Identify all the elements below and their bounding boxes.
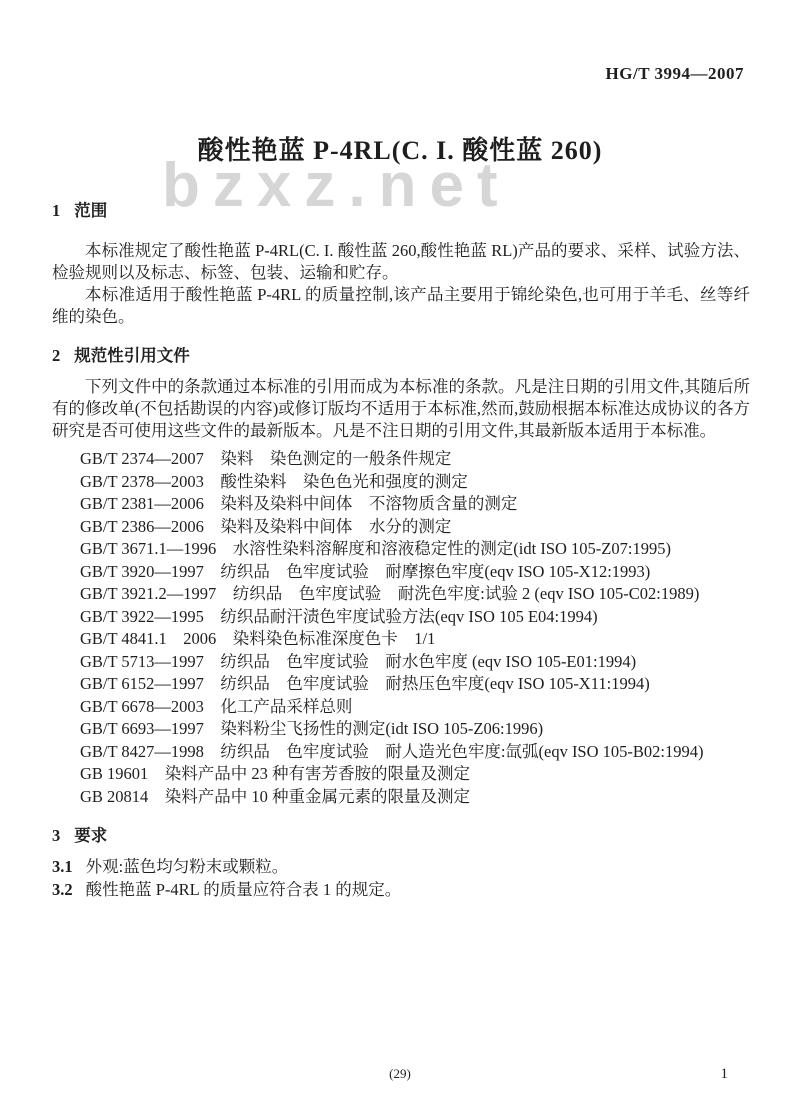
requirements-clauses: 3.1外观:蓝色均匀粉末或颗粒。 3.2酸性艳蓝 P-4RL 的质量应符合表 1… bbox=[52, 856, 750, 901]
reference-item: GB 19601 染料产品中 23 种有害芳香胺的限量及测定 bbox=[80, 763, 750, 786]
reference-item: GB/T 8427—1998 纺织品 色牢度试验 耐人造光色牢度:氙弧(eqv … bbox=[80, 741, 750, 764]
clause-3-1-number: 3.1 bbox=[52, 857, 73, 876]
section-2-number: 2 bbox=[52, 346, 60, 365]
reference-item: GB/T 3921.2—1997 纺织品 色牢度试验 耐洗色牢度:试验 2 (e… bbox=[80, 583, 750, 606]
section-2-heading: 2规范性引用文件 bbox=[52, 344, 750, 368]
clause-3-2-number: 3.2 bbox=[52, 880, 73, 899]
reference-item: GB/T 5713—1997 纺织品 色牢度试验 耐水色牢度 (eqv ISO … bbox=[80, 651, 750, 674]
document-body: 1范围 本标准规定了酸性艳蓝 P-4RL(C. I. 酸性蓝 260,酸性艳蓝 … bbox=[52, 199, 750, 901]
reference-item: GB/T 6678—2003 化工产品采样总则 bbox=[80, 696, 750, 719]
clause-3-1-text: 外观:蓝色均匀粉末或颗粒。 bbox=[86, 857, 289, 876]
references-intro: 下列文件中的条款通过本标准的引用而成为本标准的条款。凡是注日期的引用文件,其随后… bbox=[52, 376, 750, 442]
scope-paragraph-1: 本标准规定了酸性艳蓝 P-4RL(C. I. 酸性蓝 260,酸性艳蓝 RL)产… bbox=[52, 240, 750, 284]
clause-3-2-text: 酸性艳蓝 P-4RL 的质量应符合表 1 的规定。 bbox=[86, 880, 402, 899]
reference-item: GB 20814 染料产品中 10 种重金属元素的限量及测定 bbox=[80, 786, 750, 809]
clause-3-2: 3.2酸性艳蓝 P-4RL 的质量应符合表 1 的规定。 bbox=[52, 879, 750, 902]
section-1-title: 范围 bbox=[74, 201, 107, 220]
reference-item: GB/T 3671.1—1996 水溶性染料溶解度和溶液稳定性的测定(idt I… bbox=[80, 538, 750, 561]
reference-item: GB/T 6693—1997 染料粉尘飞扬性的测定(idt ISO 105-Z0… bbox=[80, 718, 750, 741]
section-1-number: 1 bbox=[52, 201, 60, 220]
section-3-number: 3 bbox=[52, 826, 60, 845]
section-3-heading: 3要求 bbox=[52, 824, 750, 848]
reference-item: GB/T 2378—2003 酸性染料 染色色光和强度的测定 bbox=[80, 471, 750, 494]
document-page: bzxz.net HG/T 3994—2007 酸性艳蓝 P-4RL(C. I.… bbox=[0, 0, 800, 1120]
page-number: 1 bbox=[721, 1066, 729, 1083]
document-title: 酸性艳蓝 P-4RL(C. I. 酸性蓝 260) bbox=[0, 130, 800, 167]
clause-3-1: 3.1外观:蓝色均匀粉末或颗粒。 bbox=[52, 856, 750, 879]
reference-item: GB/T 2374—2007 染料 染色测定的一般条件规定 bbox=[80, 448, 750, 471]
footer-note: (29) bbox=[0, 1066, 800, 1082]
reference-list: GB/T 2374—2007 染料 染色测定的一般条件规定 GB/T 2378—… bbox=[52, 448, 750, 808]
standard-number: HG/T 3994—2007 bbox=[606, 64, 744, 84]
reference-item: GB/T 6152—1997 纺织品 色牢度试验 耐热压色牢度(eqv ISO … bbox=[80, 673, 750, 696]
reference-item: GB/T 2381—2006 染料及染料中间体 不溶物质含量的测定 bbox=[80, 493, 750, 516]
reference-item: GB/T 3920—1997 纺织品 色牢度试验 耐摩擦色牢度(eqv ISO … bbox=[80, 561, 750, 584]
reference-item: GB/T 4841.1 2006 染料染色标准深度色卡 1/1 bbox=[80, 628, 750, 651]
section-2-title: 规范性引用文件 bbox=[74, 346, 190, 365]
section-1-heading: 1范围 bbox=[52, 199, 750, 223]
reference-item: GB/T 3922—1995 纺织品耐汗渍色牢度试验方法(eqv ISO 105… bbox=[80, 606, 750, 629]
reference-item: GB/T 2386—2006 染料及染料中间体 水分的测定 bbox=[80, 516, 750, 539]
section-3-title: 要求 bbox=[74, 826, 107, 845]
scope-paragraph-2: 本标准适用于酸性艳蓝 P-4RL 的质量控制,该产品主要用于锦纶染色,也可用于羊… bbox=[52, 284, 750, 328]
